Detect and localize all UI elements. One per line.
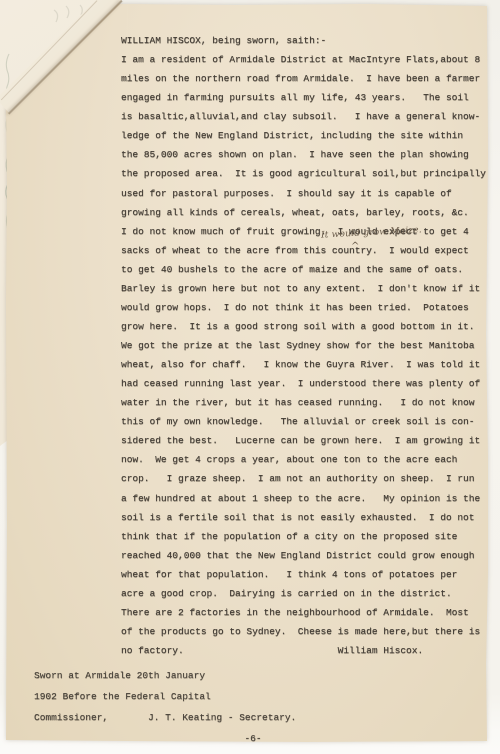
typewritten-line: grow here. It is a good strong soil with… — [121, 317, 486, 336]
typewritten-line: water in the river, but it has ceased ru… — [121, 393, 486, 412]
typewritten-line: the proposed area. It is good agricultur… — [121, 164, 486, 183]
typewritten-line: reached 40,000 that the New England Dist… — [121, 546, 486, 565]
insertion-caret-icon: ^ — [351, 241, 359, 252]
page-number: -6- — [6, 733, 500, 744]
closing-line: Commissioner, J. T. Keating - Secretary. — [34, 707, 296, 728]
typewritten-line: think that if the population of a city o… — [121, 527, 486, 546]
typewritten-line: ledge of the New England District, inclu… — [121, 126, 486, 145]
typewritten-line: now. We get 4 crops a year, about one to… — [121, 450, 486, 469]
typewritten-line: engaged in farming pursuits all my life,… — [121, 88, 486, 107]
typewritten-line: would grow hops. I do not think it has b… — [121, 298, 486, 317]
scanned-document: WILLIAM HISCOX, being sworn, saith:- I a… — [0, 0, 500, 754]
typewritten-line: no factory. William Hiscox. — [121, 641, 486, 660]
typewritten-line: wheat for that population. I think 4 ton… — [121, 565, 486, 584]
typewritten-line: used for pastoral purposes. I should say… — [121, 184, 486, 203]
closing-line: 1902 Before the Federal Capital — [34, 686, 296, 707]
paper-sheet: WILLIAM HISCOX, being sworn, saith:- I a… — [0, 0, 500, 754]
typewritten-line: crop. I graze sheep. I am not an authori… — [121, 469, 486, 488]
sworn-statement-block: Sworn at Armidale 20th January1902 Befor… — [34, 665, 296, 728]
typewritten-line: Barley is grown here but not to any exte… — [121, 279, 486, 298]
typewritten-line: I do not know much of fruit growing. I w… — [121, 222, 486, 241]
typewritten-line: There are 2 factories in the neighbourho… — [121, 603, 486, 622]
typewritten-line: sidered the best. Lucerne can be grown h… — [121, 431, 486, 450]
deposition-heading: WILLIAM HISCOX, being sworn, saith:- — [121, 31, 486, 50]
typewritten-line: of the products go to Sydney. Cheese is … — [121, 622, 486, 641]
typewritten-line: is basaltic,alluvial,and clay subsoil. I… — [121, 107, 486, 126]
deposition-text: WILLIAM HISCOX, being sworn, saith:- I a… — [121, 31, 486, 660]
typewritten-line: to get 40 bushels to the acre of maize a… — [121, 260, 486, 279]
typewritten-line: acre a good crop. Dairying is carried on… — [121, 584, 486, 603]
closing-line: Sworn at Armidale 20th January — [34, 665, 296, 686]
typewritten-line: this of my own knowledge. The alluvial o… — [121, 412, 486, 431]
deposition-body: I am a resident of Armidale District at … — [121, 50, 486, 660]
typewritten-line: a few hundred at about 1 sheep to the ac… — [121, 489, 486, 508]
typewritten-line: soil is a fertile soil that is not easil… — [121, 508, 486, 527]
typewritten-line: miles on the northern road from Armidale… — [121, 69, 486, 88]
typewritten-line: had ceased running last year. I understo… — [121, 374, 486, 393]
typed-page: WILLIAM HISCOX, being sworn, saith:- I a… — [6, 4, 488, 742]
typewritten-line: the 85,000 acres shown on plan. I have s… — [121, 145, 486, 164]
typewritten-line: We got the prize at the last Sydney show… — [121, 336, 486, 355]
typewritten-line: sacks of wheat to the acre from this cou… — [121, 241, 486, 260]
typewritten-line: I am a resident of Armidale District at … — [121, 50, 486, 69]
typewritten-line: wheat, also for chaff. I know the Guyra … — [121, 355, 486, 374]
typewritten-line: growing all kinds of cereals, wheat, oat… — [121, 203, 486, 222]
